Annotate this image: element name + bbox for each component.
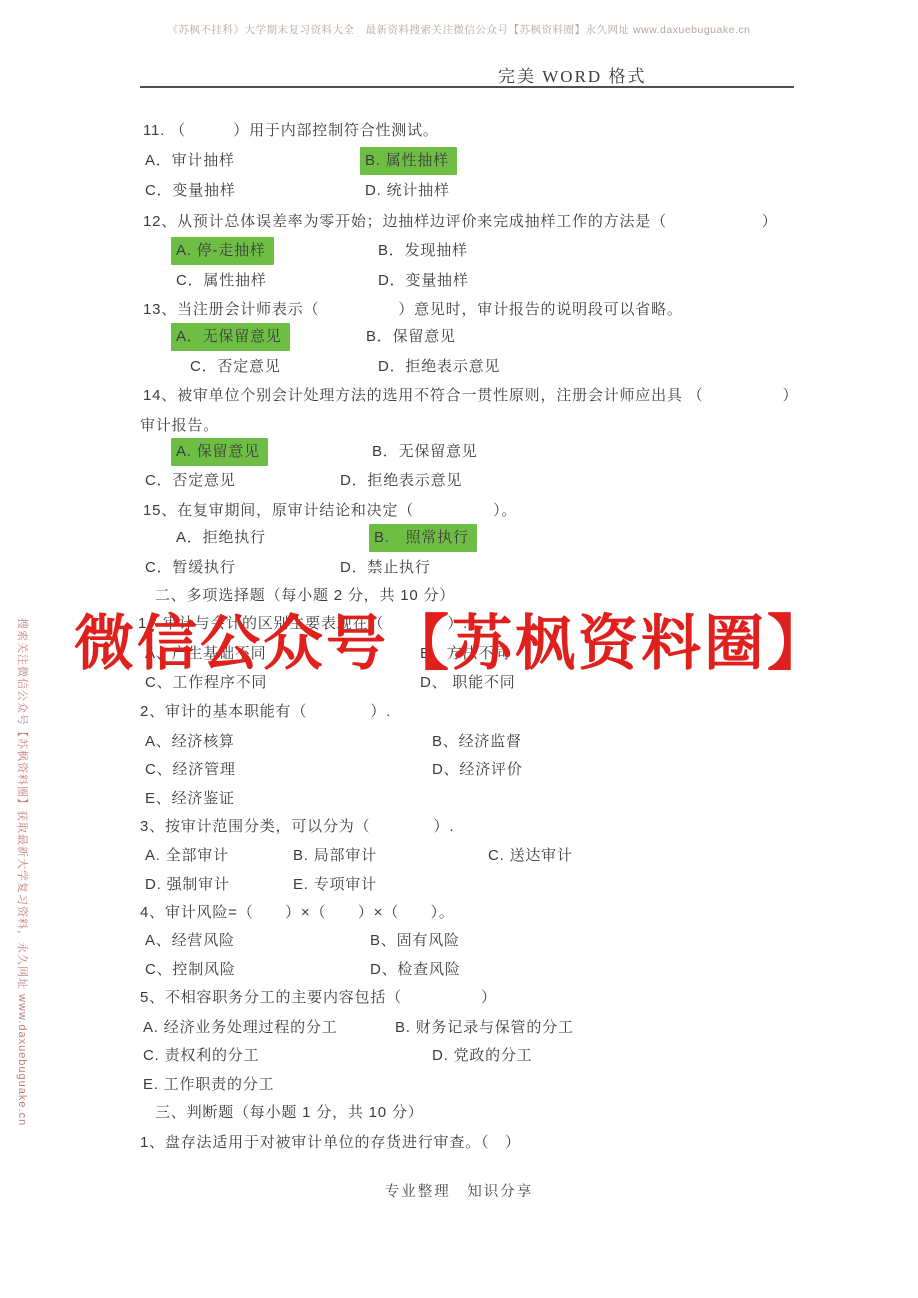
question-text: 11. （ ）用于内部控制符合性测试。: [143, 121, 439, 141]
question-text: C. 责权利的分工: [143, 1046, 259, 1066]
watermark-text: 微信公众号【苏枫资料圈】: [74, 596, 830, 682]
question-text: 审计报告。: [140, 416, 219, 436]
question-text: D. 强制审计: [145, 875, 230, 895]
question-text: C、控制风险: [145, 960, 236, 980]
question-text: D．变量抽样: [378, 271, 469, 291]
answer-highlight: B. 照常执行: [369, 524, 477, 552]
question-text: B、经济监督: [432, 732, 522, 752]
question-text: D．拒绝表示意见: [378, 357, 500, 377]
question-text: A、经济核算: [145, 732, 235, 752]
question-text: 14、被审单位个别会计处理方法的选用不符合一贯性原则，注册会计师应出具 （ ）: [143, 386, 798, 406]
question-text: D．拒绝表示意见: [340, 471, 462, 491]
question-text: B．发现抽样: [378, 241, 468, 261]
question-text: A、产生基础不同: [145, 644, 266, 664]
question-text: D．禁止执行: [340, 558, 431, 578]
question-text: 4、审计风险=（ ）×（ ）×（ ）。: [140, 903, 455, 923]
header-notice: 《苏枫不挂科》大学期末复习资料大全 最新资料搜索关注微信公众号【苏枫资料圈】永久…: [0, 22, 918, 37]
question-text: D. 统计抽样: [365, 181, 450, 201]
question-text: A. 全部审计: [145, 846, 229, 866]
question-text: E、经济鉴证: [145, 789, 235, 809]
question-text: C、经济管理: [145, 760, 236, 780]
question-text: C、工作程序不同: [145, 673, 267, 693]
question-text: 2、审计的基本职能有（ ）.: [140, 702, 391, 722]
answer-highlight: B. 属性抽样: [360, 147, 457, 175]
question-text: E. 工作职责的分工: [143, 1075, 274, 1095]
question-text: C．否定意见: [190, 357, 281, 377]
question-text: 1、审计与会计的区别主要表现在（ ）.: [138, 614, 468, 634]
question-text: B. 局部审计: [293, 846, 377, 866]
sidebar-promo-text: 搜索关注微信公众号【苏枫资料圈】获取最新大学复习资料，永久网址 www.daxu…: [16, 618, 31, 1088]
question-text: 5、不相容职务分工的主要内容包括（ ）: [140, 988, 497, 1008]
question-text: 12、从预计总体误差率为零开始；边抽样边评价来完成抽样工作的方法是（ ）: [143, 212, 778, 232]
doc-title: 完美 WORD 格式: [498, 62, 646, 87]
question-text: C．变量抽样: [145, 181, 236, 201]
question-text: 1、盘存法适用于对被审计单位的存货进行审查。（ ）: [140, 1133, 521, 1153]
question-text: A、经营风险: [145, 931, 235, 951]
question-text: C．属性抽样: [176, 271, 267, 291]
header-divider: [140, 86, 794, 88]
question-text: D、检查风险: [370, 960, 461, 980]
question-text: B．保留意见: [366, 327, 456, 347]
question-text: A．审计抽样: [145, 151, 235, 171]
question-text: 三、判断题（每小题 1 分，共 10 分）: [155, 1103, 424, 1123]
question-text: D. 党政的分工: [432, 1046, 533, 1066]
question-text: B. 财务记录与保管的分工: [395, 1018, 574, 1038]
question-text: B、固有风险: [370, 931, 460, 951]
question-text: 二、多项选择题（每小题 2 分，共 10 分）: [155, 586, 455, 606]
answer-highlight: A．无保留意见: [171, 323, 290, 351]
question-text: C．否定意见: [145, 471, 236, 491]
footer-note: 专业整理 知识分享: [0, 1180, 918, 1201]
question-text: B．无保留意见: [372, 442, 478, 462]
question-text: C. 送达审计: [488, 846, 573, 866]
question-text: 3、按审计范围分类，可以分为（ ）.: [140, 817, 454, 837]
question-text: E. 专项审计: [293, 875, 377, 895]
question-text: D、经济评价: [432, 760, 523, 780]
answer-highlight: A. 停-走抽样: [171, 237, 274, 265]
question-text: C．暂缓执行: [145, 558, 236, 578]
question-text: B、方法不同: [420, 644, 510, 664]
question-text: D、 职能不同: [420, 673, 516, 693]
question-text: A. 经济业务处理过程的分工: [143, 1018, 338, 1038]
question-text: 15、在复审期间，原审计结论和决定（ ）。: [143, 501, 517, 521]
question-text: 13、当注册会计师表示（ ）意见时，审计报告的说明段可以省略。: [143, 300, 683, 320]
document-page: 《苏枫不挂科》大学期末复习资料大全 最新资料搜索关注微信公众号【苏枫资料圈】永久…: [0, 0, 918, 1298]
answer-highlight: A. 保留意见: [171, 438, 268, 466]
question-text: A．拒绝执行: [176, 528, 266, 548]
